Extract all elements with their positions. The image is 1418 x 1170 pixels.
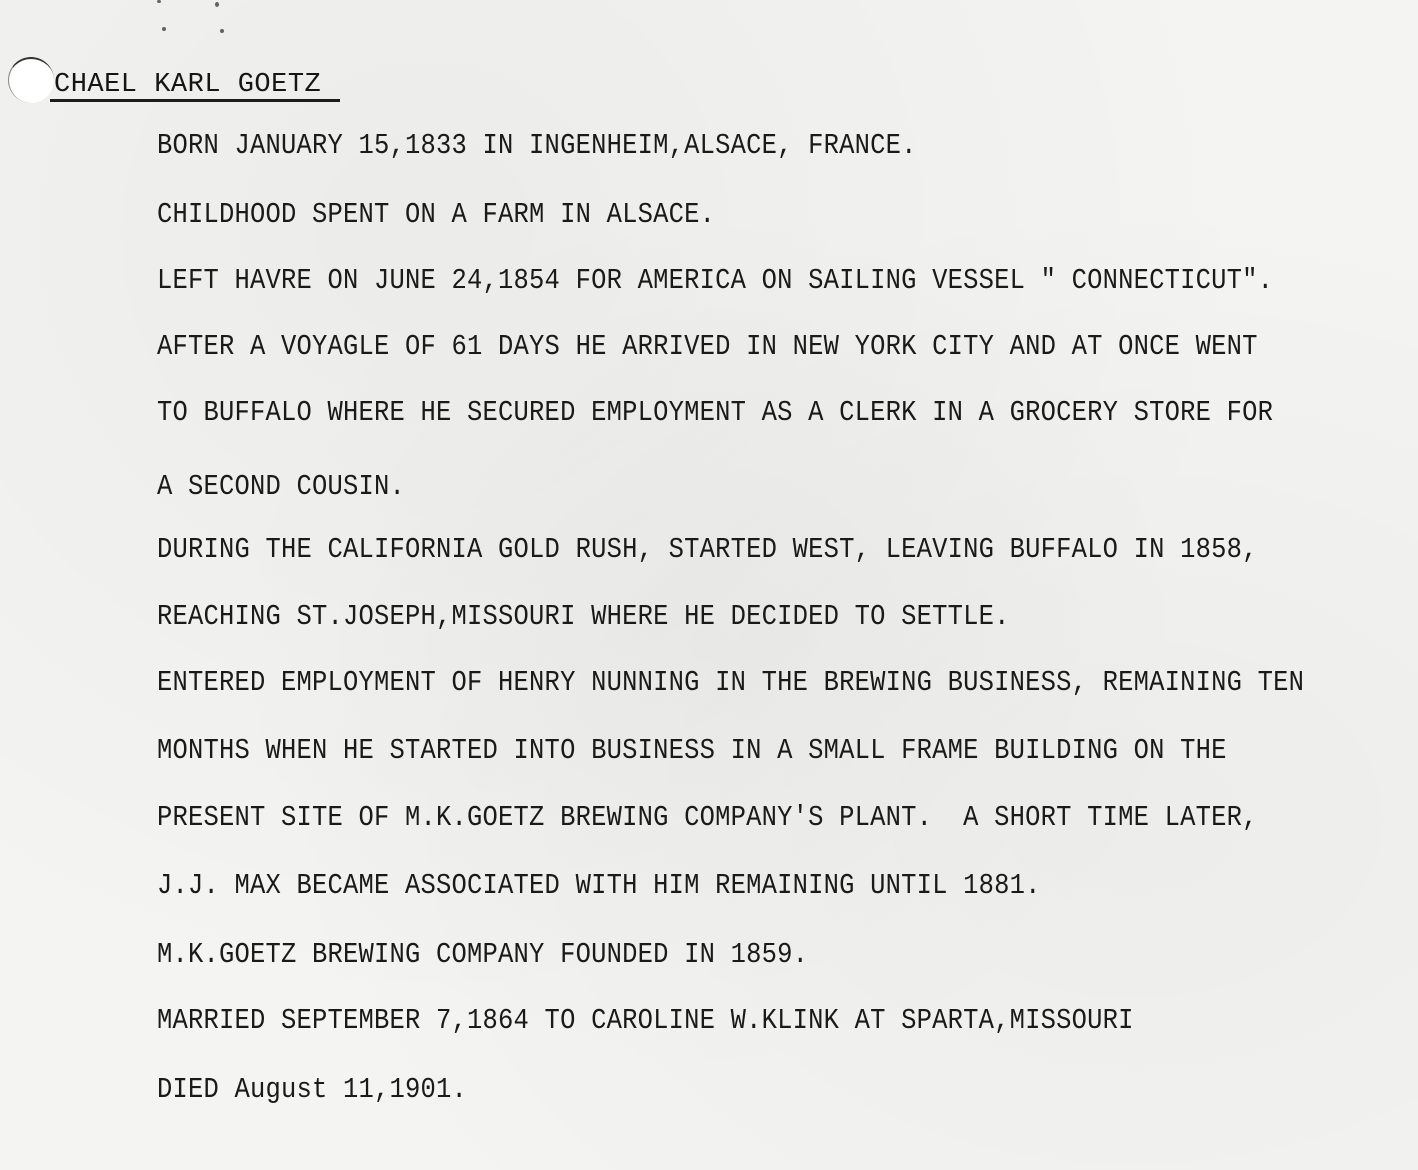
text-line: DURING THE CALIFORNIA GOLD RUSH, STARTED… [157,533,1258,565]
text-line: MARRIED SEPTEMBER 7,1864 TO CAROLINE W.K… [157,1004,1134,1036]
text-line: M.K.GOETZ BREWING COMPANY FOUNDED IN 185… [157,938,808,970]
typewritten-page: CHAEL KARL GOETZ BORN JANUARY 15,1833 IN… [0,0,1418,1170]
ink-speck [162,27,166,31]
text-line: MONTHS WHEN HE STARTED INTO BUSINESS IN … [157,734,1227,766]
ink-speck [220,29,224,33]
document-title: CHAEL KARL GOETZ [54,70,321,100]
text-line: ENTERED EMPLOYMENT OF HENRY NUNNING IN T… [157,666,1304,698]
text-line: PRESENT SITE OF M.K.GOETZ BREWING COMPAN… [157,801,1258,833]
text-line: TO BUFFALO WHERE HE SECURED EMPLOYMENT A… [157,396,1273,428]
text-line: CHILDHOOD SPENT ON A FARM IN ALSACE. [157,198,715,230]
text-line: LEFT HAVRE ON JUNE 24,1854 FOR AMERICA O… [157,264,1273,296]
ink-speck [215,2,219,7]
text-line: J.J. MAX BECAME ASSOCIATED WITH HIM REMA… [157,869,1041,901]
text-line: AFTER A VOYAGLE OF 61 DAYS HE ARRIVED IN… [157,330,1258,362]
text-line: BORN JANUARY 15,1833 IN INGENHEIM,ALSACE… [157,129,917,161]
text-line: A SECOND COUSIN. [157,470,405,502]
text-line: DIED August 11,1901. [157,1073,467,1105]
title-underline [50,99,340,102]
ink-speck [157,0,161,3]
text-line: REACHING ST.JOSEPH,MISSOURI WHERE HE DEC… [157,600,1010,632]
hole-punch [8,57,54,103]
